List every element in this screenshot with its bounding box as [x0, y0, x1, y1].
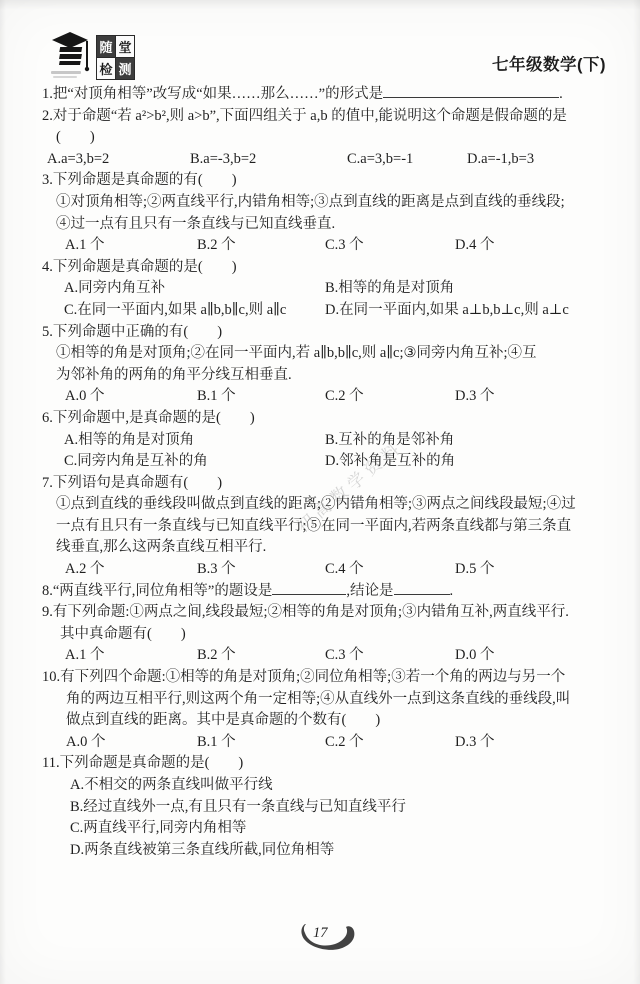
question-5-body: ①相等的角是对顶角;②在同一平面内,若 a∥b,b∥c,则 a∥c;③同旁内角互… [42, 343, 614, 365]
logo-cell: 随 [97, 36, 115, 57]
option-a: A.a=3,b=2 [47, 149, 190, 171]
option-b: B.2 个 [197, 645, 325, 667]
question-6: 6.下列命题中,是真命题的是( ) [42, 408, 614, 430]
question-2-paren: ( ) [42, 127, 614, 149]
option-b: B.相等的角是对顶角 [325, 278, 454, 300]
question-8: 8.“两直线平行,同位角相等”的题设是,结论是. [42, 581, 614, 603]
questions-area: 1.把“对顶角相等”改写成“如果……那么……”的形式是. 2.对于命题“若 a²… [42, 84, 614, 861]
question-2: 2.对于命题“若 a²>b²,则 a>b”,下面四组关于 a,b 的值中,能说明… [42, 106, 614, 128]
option-c: C.2 个 [325, 386, 455, 408]
question-text: 5.下列命题中正确的有( ) [42, 324, 222, 340]
logo-cell: 检 [97, 58, 115, 79]
page-number: 17 [296, 919, 360, 957]
option-a: A.1 个 [65, 645, 197, 667]
question-text: . [450, 583, 454, 599]
option-c: C.3 个 [325, 645, 455, 667]
question-10-body: 做点到直线的距离。其中是真命题的个数有( ) [42, 710, 614, 732]
question-10-body: 角的两边互相平行,则这两个角一定相等;④从直线外一点到这条直线的垂线段,叫 [42, 689, 614, 711]
answer-blank [272, 581, 346, 595]
swoosh-icon [296, 919, 360, 957]
question-4-options: C.在同一平面内,如果 a∥b,b∥c,则 a∥c D.在同一平面内,如果 a⊥… [42, 300, 614, 322]
option-d: D.3 个 [455, 732, 494, 754]
question-text: ①相等的角是对顶角;②在同一平面内,若 a∥b,b∥c,则 a∥c;③同旁内角互… [56, 345, 537, 361]
question-text: ,结论是 [346, 583, 393, 599]
graduation-cap-icon [50, 31, 94, 81]
option-b: B.1 个 [197, 386, 325, 408]
photo-edge-right [633, 0, 640, 984]
option-c: C.两直线平行,同旁内角相等 [70, 820, 246, 836]
option-a: A.2 个 [65, 559, 197, 581]
question-text: 11.下列命题是真命题的是( ) [42, 755, 243, 771]
question-10: 10.有下列四个命题:①相等的角是对顶角;②同位角相等;③若一个角的两边与另一个 [42, 667, 614, 689]
question-text: 7.下列语句是真命题有( ) [42, 475, 222, 491]
answer-blank [383, 84, 559, 98]
option-c: C.在同一平面内,如果 a∥b,b∥c,则 a∥c [64, 300, 325, 322]
option-a: A.1 个 [65, 235, 197, 257]
page-number-value: 17 [313, 925, 328, 942]
question-5-body: 为邻补角的两角的角平分线互相垂直. [42, 365, 614, 387]
option-c: C.4 个 [325, 559, 455, 581]
question-2-options: A.a=3,b=2 B.a=-3,b=2 C.a=3,b=-1 D.a=-1,b… [42, 149, 614, 171]
question-9-options: A.1 个 B.2 个 C.3 个 D.0 个 [42, 645, 614, 667]
option-a: A.同旁内角互补 [64, 278, 325, 300]
option-d: D.4 个 [455, 235, 494, 257]
photo-edge-left [0, 0, 6, 984]
question-3: 3.下列命题是真命题的有( ) [42, 170, 614, 192]
option-d: D.a=-1,b=3 [467, 149, 534, 171]
logo-cell: 测 [116, 58, 134, 79]
logo-grid: 随 堂 检 测 [96, 35, 135, 80]
edition-label: 七年级数学(下) [492, 51, 606, 75]
question-text: 角的两边互相平行,则这两个角一定相等;④从直线外一点到这条直线的垂线段,叫 [66, 691, 570, 707]
question-text: 其中真命题有( ) [60, 626, 186, 642]
question-3-body: ①对顶角相等;②两直线平行,内错角相等;③点到直线的距离是点到直线的垂线段; [42, 192, 614, 214]
option-d: D.0 个 [455, 645, 494, 667]
question-7-body: 线垂直,那么这两条直线互相平行. [42, 537, 614, 559]
brand-logo: 随 堂 检 测 [50, 31, 135, 81]
photo-edge-top [0, 0, 640, 10]
question-4-options: A.同旁内角互补 B.相等的角是对顶角 [42, 278, 614, 300]
question-4: 4.下列命题是真命题的是( ) [42, 257, 614, 279]
question-9: 9.有下列命题:①两点之间,线段最短;②相等的角是对顶角;③内错角互补,两直线平… [42, 602, 614, 624]
option-b: B.a=-3,b=2 [190, 149, 347, 171]
question-11-choice: D.两条直线被第三条直线所截,同位角相等 [42, 840, 614, 862]
question-text: 4.下列命题是真命题的是( ) [42, 259, 237, 275]
option-d: D.在同一平面内,如果 a⊥b,b⊥c,则 a⊥c [325, 300, 569, 322]
option-a: A.0 个 [65, 386, 197, 408]
logo-small-print [53, 76, 77, 78]
option-b: B.3 个 [197, 559, 325, 581]
question-6-options: C.同旁内角是互补的角 D.邻补角是互补的角 [42, 451, 614, 473]
option-b: B.2 个 [197, 235, 325, 257]
option-c: C.3 个 [325, 235, 455, 257]
question-7-body: 一点有且只有一条直线与已知直线平行;⑤在同一平面内,若两条直线都与第三条直 [42, 516, 614, 538]
option-d: D.5 个 [455, 559, 494, 581]
question-11-choice: B.经过直线外一点,有且只有一条直线与已知直线平行 [42, 797, 614, 819]
option-c: C.同旁内角是互补的角 [64, 451, 325, 473]
answer-blank [394, 581, 450, 595]
question-text: ①对顶角相等;②两直线平行,内错角相等;③点到直线的距离是点到直线的垂线段; [56, 194, 565, 210]
question-text: 6.下列命题中,是真命题的是( ) [42, 410, 255, 426]
question-5: 5.下列命题中正确的有( ) [42, 322, 614, 344]
option-c: C.2 个 [325, 732, 455, 754]
option-a: A.不相交的两条直线叫做平行线 [70, 777, 273, 793]
question-3-options: A.1 个 B.2 个 C.3 个 D.4 个 [42, 235, 614, 257]
question-text: 线垂直,那么这两条直线互相平行. [56, 539, 266, 555]
question-3-body: ④过一点有且只有一条直线与已知直线垂直. [42, 214, 614, 236]
worksheet-page: 随 堂 检 测 七年级数学(下) 1.把“对顶角相等”改写成“如果……那么……”… [0, 0, 640, 984]
question-11-choice: C.两直线平行,同旁内角相等 [42, 818, 614, 840]
logo-small-print [51, 71, 81, 74]
question-text: 为邻补角的两角的角平分线互相垂直. [56, 367, 292, 383]
question-text: . [559, 86, 563, 102]
question-text: 9.有下列命题:①两点之间,线段最短;②相等的角是对顶角;③内错角互补,两直线平… [42, 604, 569, 620]
question-11: 11.下列命题是真命题的是( ) [42, 753, 614, 775]
question-text: 3.下列命题是真命题的有( ) [42, 172, 237, 188]
question-text: 1.把“对顶角相等”改写成“如果……那么……”的形式是 [42, 86, 383, 102]
question-text: 10.有下列四个命题:①相等的角是对顶角;②同位角相等;③若一个角的两边与另一个 [42, 669, 565, 685]
option-a: A.相等的角是对顶角 [64, 430, 325, 452]
question-text: 8.“两直线平行,同位角相等”的题设是 [42, 583, 272, 599]
option-b: B.经过直线外一点,有且只有一条直线与已知直线平行 [70, 799, 406, 815]
question-11-choice: A.不相交的两条直线叫做平行线 [42, 775, 614, 797]
option-b: B.1 个 [197, 732, 325, 754]
option-c: C.a=3,b=-1 [347, 149, 467, 171]
option-d: D.两条直线被第三条直线所截,同位角相等 [70, 842, 334, 858]
answer-paren: ( ) [56, 129, 95, 145]
question-6-options: A.相等的角是对顶角 B.互补的角是邻补角 [42, 430, 614, 452]
option-a: A.0 个 [66, 732, 197, 754]
question-5-options: A.0 个 B.1 个 C.2 个 D.3 个 [42, 386, 614, 408]
question-9-body: 其中真命题有( ) [42, 624, 614, 646]
logo-cell: 堂 [116, 36, 134, 57]
question-1: 1.把“对顶角相等”改写成“如果……那么……”的形式是. [42, 84, 614, 106]
question-7-options: A.2 个 B.3 个 C.4 个 D.5 个 [42, 559, 614, 581]
question-text: 做点到直线的距离。其中是真命题的个数有( ) [66, 712, 380, 728]
option-d: D.3 个 [455, 386, 494, 408]
question-text: ④过一点有且只有一条直线与已知直线垂直. [56, 216, 335, 232]
question-text: 2.对于命题“若 a²>b²,则 a>b”,下面四组关于 a,b 的值中,能说明… [42, 108, 567, 124]
question-10-options: A.0 个 B.1 个 C.2 个 D.3 个 [42, 732, 614, 754]
